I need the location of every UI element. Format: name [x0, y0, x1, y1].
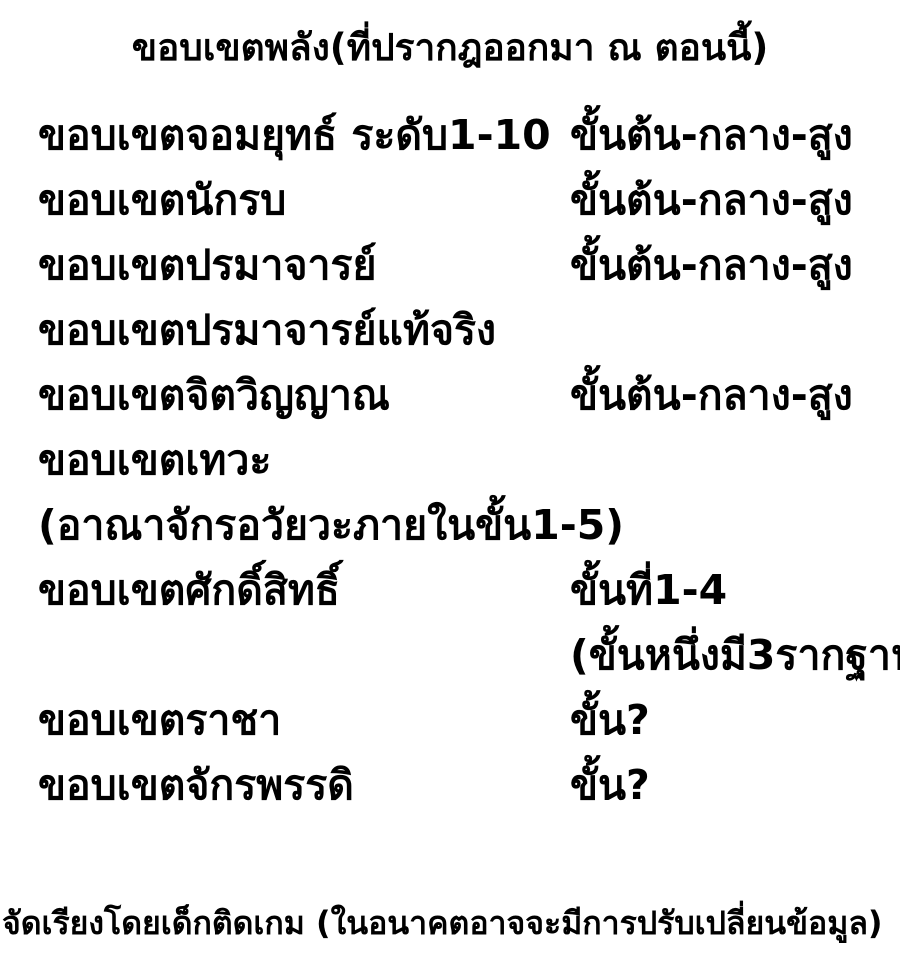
- realm-stage: ขั้นต้น-กลาง-สูง: [570, 233, 853, 298]
- realm-name: ขอบเขตปรมาจารย์: [38, 233, 570, 298]
- realm-row: ขอบเขตปรมาจารย์แท้จริง: [0, 298, 900, 363]
- realm-row: ขอบเขตศักดิ์สิทธิ์ ขั้นที่1-4: [0, 558, 900, 623]
- realm-name: ขอบเขตศักดิ์สิทธิ์: [38, 558, 570, 623]
- realm-row: ขอบเขตจิตวิญญาณ ขั้นต้น-กลาง-สูง: [0, 363, 900, 428]
- realm-row: ขอบเขตจอมยุทธ์ ระดับ1-10 ขั้นต้น-กลาง-สู…: [0, 103, 900, 168]
- realm-stage: (ขั้นหนึ่งมี3รากฐาน): [570, 623, 900, 688]
- realm-stage: ขั้นต้น-กลาง-สูง: [570, 103, 853, 168]
- realm-row: ขอบเขตราชา ขั้น?: [0, 688, 900, 753]
- realm-name: ขอบเขตนักรบ: [38, 168, 570, 233]
- power-realm-document: ขอบเขตพลัง(ที่ปรากฎออกมา ณ ตอนนี้) ขอบเข…: [0, 0, 900, 954]
- realm-row: ขอบเขตนักรบ ขั้นต้น-กลาง-สูง: [0, 168, 900, 233]
- realm-name: ขอบเขตจอมยุทธ์ ระดับ1-10: [38, 103, 570, 168]
- realm-name: ขอบเขตราชา: [38, 688, 570, 753]
- realm-name: ขอบเขตเทวะ: [38, 428, 570, 493]
- realm-name: ขอบเขตจิตวิญญาณ: [38, 363, 570, 428]
- realm-stage: ขั้นต้น-กลาง-สูง: [570, 363, 853, 428]
- realm-row: ขอบเขตเทวะ: [0, 428, 900, 493]
- realm-row: ขอบเขตปรมาจารย์ ขั้นต้น-กลาง-สูง: [0, 233, 900, 298]
- realm-row: ขอบเขตจักรพรรดิ ขั้น?: [0, 753, 900, 818]
- realm-stage: ขั้นที่1-4: [570, 558, 727, 623]
- realm-stage: ขั้น?: [570, 753, 650, 818]
- realm-name: ขอบเขตจักรพรรดิ: [38, 753, 570, 818]
- credit-note: จัดเรียงโดยเด็กติดเกม (ในอนาคตอาจจะมีการ…: [2, 898, 883, 949]
- realm-row: (อาณาจักรอวัยวะภายในขั้น1-5): [0, 493, 900, 558]
- realm-row: (ขั้นหนึ่งมี3รากฐาน): [0, 623, 900, 688]
- page-title: ขอบเขตพลัง(ที่ปรากฎออกมา ณ ตอนนี้): [0, 22, 900, 74]
- realm-stage: ขั้น?: [570, 688, 650, 753]
- realm-name: ขอบเขตปรมาจารย์แท้จริง: [38, 298, 570, 363]
- realm-name: (อาณาจักรอวัยวะภายในขั้น1-5): [38, 493, 624, 558]
- realm-stage: ขั้นต้น-กลาง-สูง: [570, 168, 853, 233]
- realm-list: ขอบเขตจอมยุทธ์ ระดับ1-10 ขั้นต้น-กลาง-สู…: [0, 103, 900, 818]
